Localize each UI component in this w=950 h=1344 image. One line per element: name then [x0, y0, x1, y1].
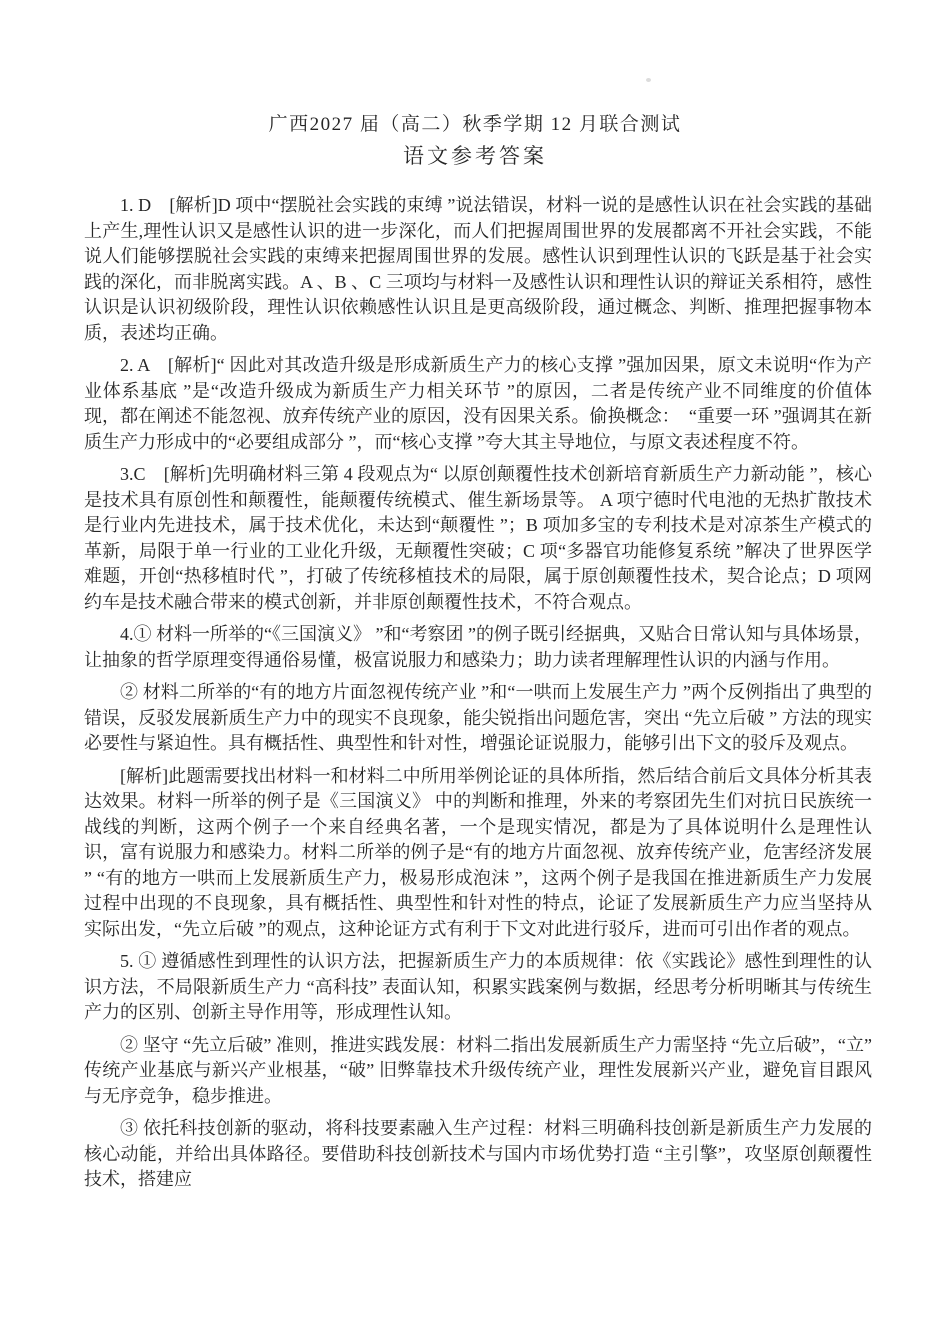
answer-4-point-1-paragraph: 4.① 材料一所举的“《三国演义》 ”和“考察团 ”的例子既引经据典，又贴合日常…: [84, 622, 872, 673]
document-title: 广西2027 届（高二）秋季学期 12 月联合测试: [0, 111, 950, 139]
document-header: 广西2027 届（高二）秋季学期 12 月联合测试 语文参考答案: [0, 111, 950, 172]
document-page: 广西2027 届（高二）秋季学期 12 月联合测试 语文参考答案 1. D [解…: [0, 0, 950, 1344]
answer-5-point-3-paragraph: ③ 依托科技创新的驱动，将科技要素融入生产过程：材料三明确科技创新是新质生产力发…: [84, 1116, 872, 1193]
scan-artifact-speck: [646, 78, 651, 82]
answer-1-paragraph: 1. D [解析]D 项中“摆脱社会实践的束缚 ”说法错误，材料一说的是感性认识…: [84, 193, 872, 346]
answer-5-point-2-paragraph: ② 坚守 “先立后破” 准则，推进实践发展：材料二指出发展新质生产力需坚持 “先…: [84, 1033, 872, 1110]
document-subtitle: 语文参考答案: [0, 140, 950, 172]
answer-5-point-1-paragraph: 5. ① 遵循感性到理性的认识方法，把握新质生产力的本质规律：依《实践论》感性到…: [84, 949, 872, 1026]
answer-4-analysis-paragraph: [解析]此题需要找出材料一和材料二中所用举例论证的具体所指，然后结合前后文具体分…: [84, 764, 872, 943]
answer-4-point-2-paragraph: ② 材料二所举的“有的地方片面忽视传统产业 ”和“一哄而上发展生产力 ”两个反例…: [84, 680, 872, 757]
answer-body: 1. D [解析]D 项中“摆脱社会实践的束缚 ”说法错误，材料一说的是感性认识…: [84, 193, 872, 1200]
scan-artifact-speck: [148, 1143, 152, 1146]
answer-3-paragraph: 3.C [解析]先明确材料三第 4 段观点为“ 以原创颠覆性技术创新培育新质生产…: [84, 462, 872, 615]
answer-2-paragraph: 2. A [解析]“ 因此对其改造升级是形成新质生产力的核心支撑 ”强加因果，原…: [84, 353, 872, 455]
